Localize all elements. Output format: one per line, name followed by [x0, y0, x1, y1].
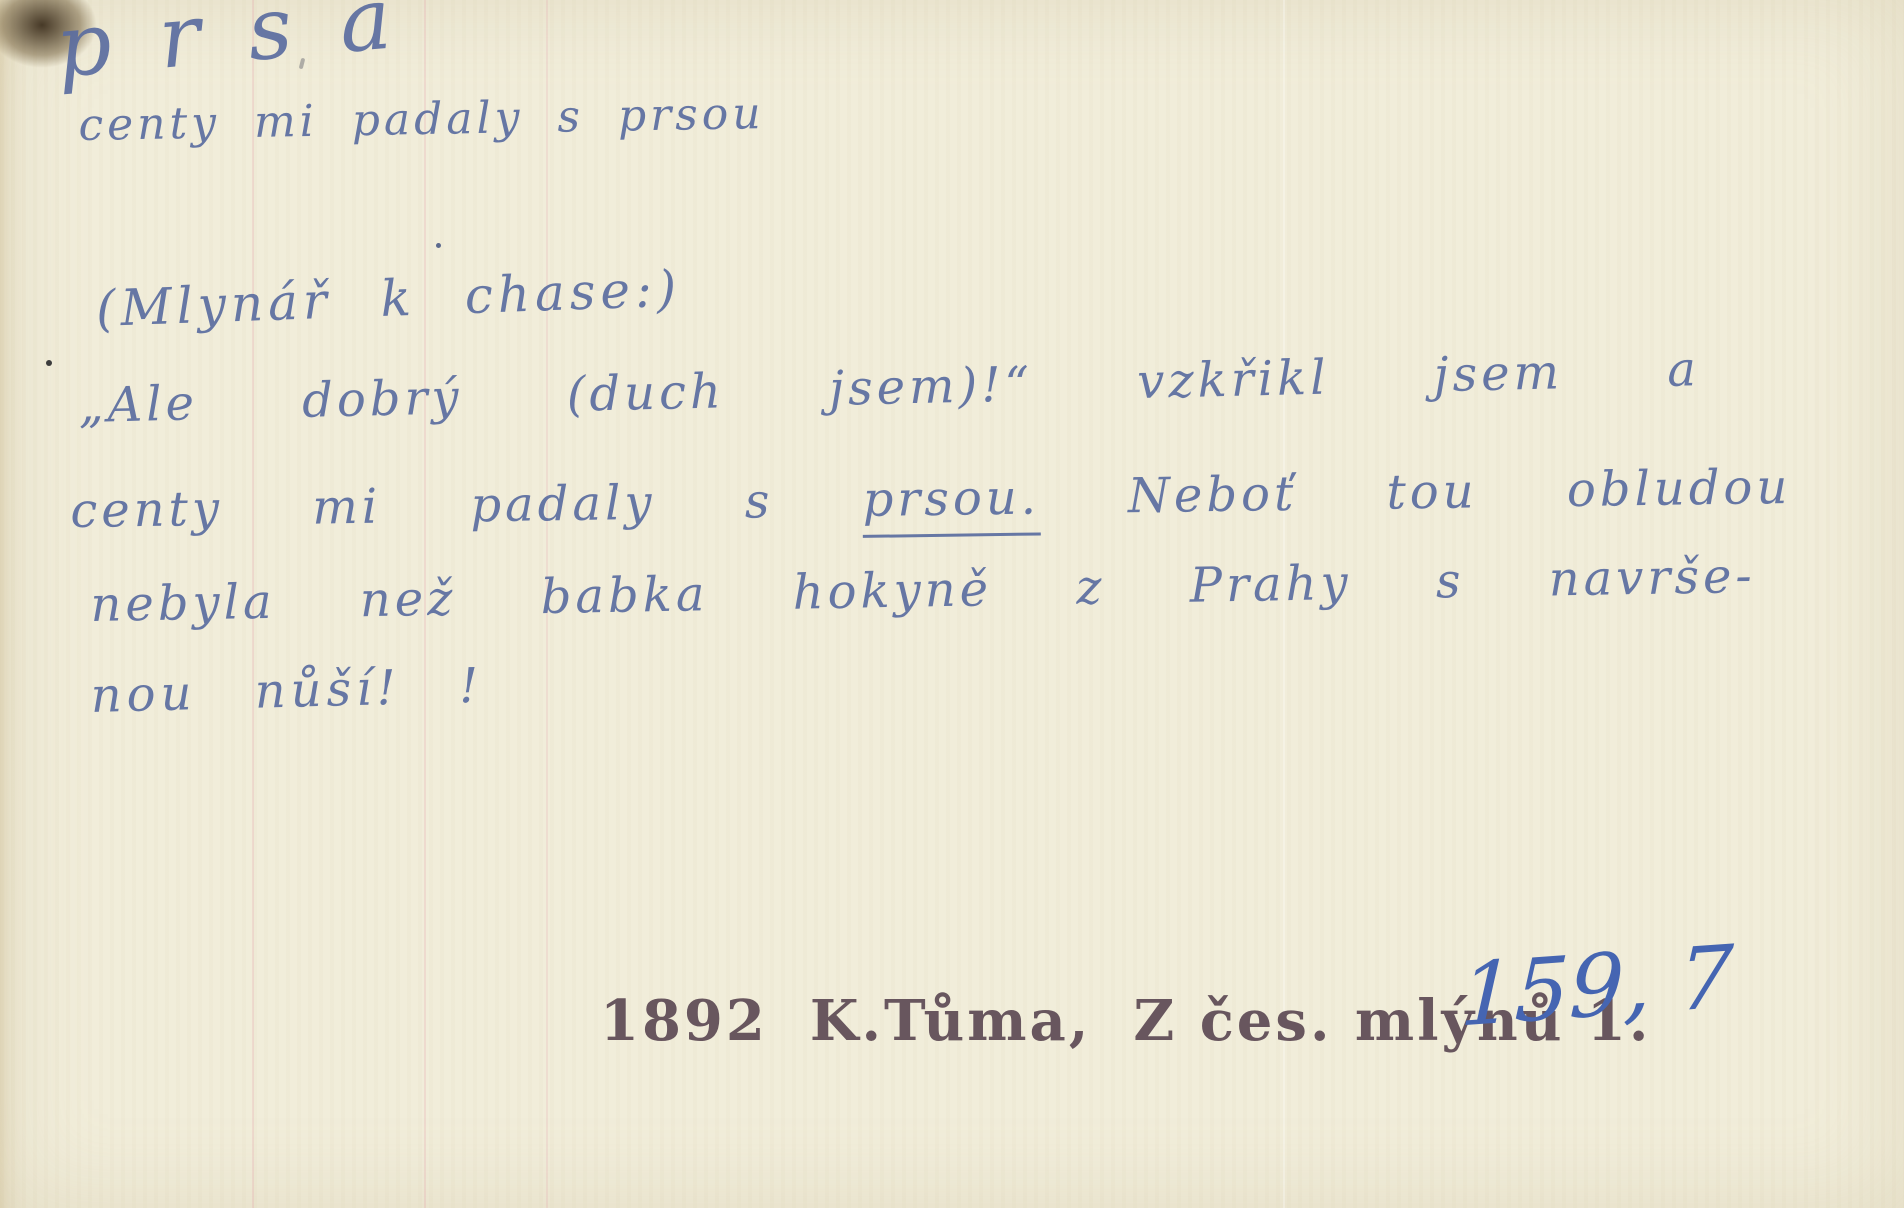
citation-year: 1892 [600, 988, 768, 1054]
page-ref-handwritten: 159, 7 [1458, 927, 1734, 1047]
citation-author: K.Tůma, [810, 988, 1091, 1054]
quote-line-2-pre: centy mi padaly s [70, 472, 863, 539]
quote-line-1: „Ale dobrý (duch jsem)!“ vzkřikl jsem a [78, 341, 1701, 434]
quote-line-4: nou nůší! ! [90, 658, 484, 724]
scanned-excerpt-card: prsa centy mi padaly s prsou (Mlynář k c… [0, 0, 1904, 1208]
quote-line-3: nebyla než babka hokyně z Prahy s navrše… [90, 548, 1756, 633]
quote-line-2-post: Neboť tou obludou [1128, 459, 1792, 524]
speaker-line: (Mlynář k chase:) [95, 260, 682, 338]
quote-line-2: centy mi padaly s prsou.Neboť tou obludo… [70, 459, 1792, 539]
underlined-word: prsou. [862, 469, 1040, 537]
ink-dot [436, 243, 441, 248]
headword: prsa [52, 0, 443, 98]
gloss-line: centy mi padaly s prsou [78, 88, 765, 151]
ink-dot [46, 360, 52, 366]
